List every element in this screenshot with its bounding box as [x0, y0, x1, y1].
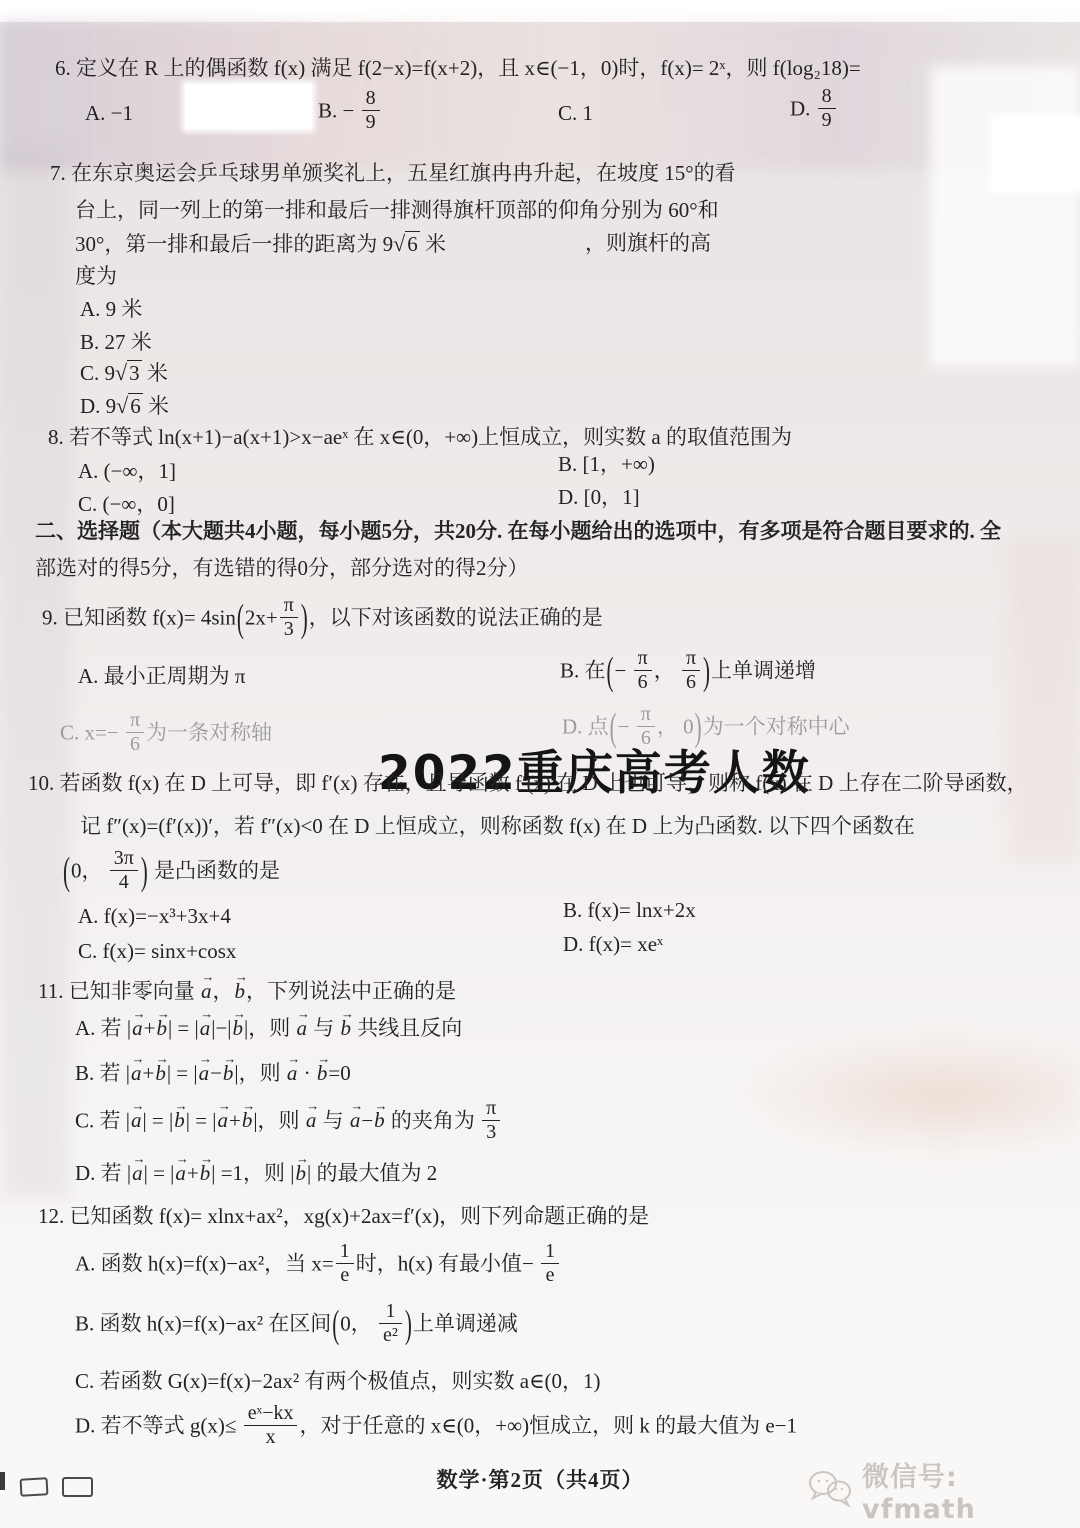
q11-option-a: A. 若 |a+b| = |a|−|b|，则 a 与 b 共线且反向: [75, 1015, 462, 1041]
fraction-denominator: 9: [818, 109, 836, 131]
text-run: 2x+: [245, 605, 278, 629]
sqrt-expression: √6: [116, 394, 143, 418]
fraction-denominator: 6: [126, 733, 144, 755]
text-run: −: [361, 1108, 373, 1132]
big-paren: (: [606, 647, 615, 696]
text-run: 度为: [75, 264, 117, 288]
fraction-denominator: 6: [682, 671, 700, 693]
text-run: C. 1: [558, 101, 593, 125]
paper-stain: [0, 0, 1080, 22]
fraction-numerator: 1: [379, 1301, 402, 1324]
text-run: D.: [790, 96, 816, 120]
fraction: 89: [362, 88, 380, 133]
fraction-denominator: e: [336, 1264, 354, 1286]
q10-stem-line2: 记 f″(x)=(f′(x))′，若 f″(x)<0 在 D 上恒成立，则称函数…: [80, 813, 915, 839]
text-run: 12. 已知函数 f(x)= xlnx+ax²，xg(x)+2ax=f′(x)，…: [38, 1204, 649, 1228]
text-run: A. 最小正周期为 π: [78, 664, 246, 688]
vector: a: [132, 1160, 143, 1186]
fraction: 1e: [541, 1241, 559, 1286]
text-run: 8. 若不等式 ln(x+1)−a(x+1)>x−aeˣ 在 x∈(0，+∞)上…: [48, 425, 792, 449]
fraction-denominator: 4: [110, 871, 138, 893]
q12-option-c: C. 若函数 G(x)=f(x)−2ax² 有两个极值点，则实数 a∈(0，1): [75, 1368, 601, 1394]
text-run: B. 函数 h(x)=f(x)−ax² 在区间: [75, 1311, 331, 1335]
q11-option-c: C. 若 |a| = |b| = |a+b|，则 a 与 a−b 的夹角为 π3: [75, 1100, 502, 1145]
section-header-line1: 二、选择题（本大题共4小题，每小题5分，共20分. 在每小题给出的选项中，有多项…: [35, 518, 1001, 544]
text-run: 与: [317, 1108, 349, 1132]
vector: a: [200, 1015, 211, 1041]
q8-option-a: A. (−∞，1]: [78, 458, 176, 484]
text-run: B. f(x)= lnx+2x: [563, 898, 696, 922]
q8-option-c: C. (−∞，0]: [78, 491, 175, 517]
q10-option-d: D. f(x)= xeˣ: [563, 931, 663, 957]
text-run: 共线且反向: [352, 1016, 462, 1040]
q6-option-c: C. 1: [558, 100, 593, 126]
text-run: 10. 若函数 f(x) 在 D 上可导，即 f′(x) 存在，且导函数 f′(…: [28, 771, 1028, 795]
q7-stem-line1: 7. 在东京奥运会乒乓球男单颁奖礼上，五星红旗冉冉升起，在坡度 15°的看: [50, 160, 736, 186]
big-paren: ): [300, 594, 309, 643]
q11-option-d: D. 若 |a| = |a+b| =1，则 |b| 的最大值为 2: [75, 1160, 437, 1186]
whiteout-patch: [993, 118, 1080, 190]
q6-option-b: B. − 89: [318, 90, 382, 135]
fraction: 89: [818, 86, 836, 131]
fraction: eˣ−kxx: [244, 1403, 298, 1448]
text-run: C. 若函数 G(x)=f(x)−2ax² 有两个极值点，则实数 a∈(0，1): [75, 1369, 601, 1393]
fraction-denominator: x: [244, 1426, 298, 1448]
big-paren: (: [62, 847, 71, 896]
vector: a: [199, 1060, 210, 1086]
vector: b: [155, 1060, 166, 1086]
radical-sign: √: [116, 393, 128, 418]
big-paren: ): [140, 847, 149, 896]
text-run: 9. 已知函数 f(x)= 4sin: [42, 605, 236, 629]
text-run: −: [210, 1061, 222, 1085]
text-run: C. 9: [80, 361, 115, 385]
vector: b: [242, 1107, 253, 1133]
vector: a: [131, 1060, 142, 1086]
text-run: 记 f″(x)=(f′(x))′，若 f″(x)<0 在 D 上恒成立，则称函数…: [80, 814, 915, 838]
text-run: ，: [654, 658, 680, 682]
text-run: D. 9: [80, 394, 116, 418]
paper-stain: [0, 150, 70, 1200]
paper-stain: [740, 1030, 1080, 1160]
vector: a: [175, 1160, 186, 1186]
q6-option-a: A. −1: [85, 100, 133, 126]
vector: b: [174, 1107, 185, 1133]
text-run: C. f(x)= sinx+cosx: [78, 939, 236, 963]
text-run: =0: [328, 1061, 350, 1085]
text-run: | = |: [167, 1061, 198, 1085]
text-run: A. 9 米: [80, 297, 142, 321]
vector: b: [374, 1107, 385, 1133]
text-run: 7. 在东京奥运会乒乓球男单颁奖礼上，五星红旗冉冉升起，在坡度 15°的看: [50, 161, 736, 185]
text-run: 上单调递增: [711, 658, 816, 682]
fraction: 1e: [336, 1241, 354, 1286]
q12-option-d: D. 若不等式 g(x)≤ eˣ−kxx，对于任意的 x∈(0，+∞)恒成立，则…: [75, 1405, 797, 1450]
text-run: | = |: [142, 1108, 173, 1132]
q8-stem: 8. 若不等式 ln(x+1)−a(x+1)>x−aeˣ 在 x∈(0，+∞)上…: [48, 424, 792, 450]
paper-stain: [0, 20, 1080, 170]
vector: b: [317, 1060, 328, 1086]
vector: a: [350, 1107, 361, 1133]
text-run: |，则: [234, 1061, 285, 1085]
fraction: 1e²: [379, 1301, 402, 1346]
text-run: C. 若 |: [75, 1108, 130, 1132]
text-run: 30°，第一排和最后一排的距离为 9: [75, 232, 393, 256]
q10-option-b: B. f(x)= lnx+2x: [563, 897, 696, 923]
text-run: |−|: [211, 1016, 231, 1040]
text-run: C. (−∞，0]: [78, 492, 175, 516]
text-run: B. [1，+∞): [558, 452, 655, 476]
fraction-numerator: π: [634, 648, 652, 671]
text-run: |，则: [244, 1016, 295, 1040]
fraction-denominator: 6: [634, 671, 652, 693]
q9-option-c: C. x=− π6为一条对称轴: [60, 712, 272, 757]
text-run: 与: [308, 1016, 340, 1040]
q10-option-a: A. f(x)=−x³+3x+4: [78, 903, 231, 929]
text-run: 为一个对称中心: [703, 714, 850, 738]
section-header-line2: 部选对的得5分，有选错的得0分，部分选对的得2分）: [35, 555, 529, 581]
text-run: B. 在: [560, 658, 606, 682]
vector: a: [132, 1015, 143, 1041]
text-run: +: [144, 1016, 156, 1040]
fraction-denominator: 3: [280, 618, 298, 640]
text-run: 的夹角为: [386, 1108, 481, 1132]
text-run: 时，h(x) 有最小值−: [356, 1251, 539, 1275]
q8-option-b: B. [1，+∞): [558, 451, 655, 477]
text-run: D. f(x)= xeˣ: [563, 932, 663, 956]
big-paren: ): [404, 1300, 413, 1349]
text-run: ，对于任意的 x∈(0，+∞)恒成立，则 k 的最大值为 e−1: [299, 1413, 797, 1437]
text-run: ·: [298, 1061, 316, 1085]
q9-option-b: B. 在(− π6， π6)上单调递增: [560, 650, 816, 695]
q7-stem-line3b: ，则旗杆的高: [585, 230, 711, 256]
vector: a: [287, 1060, 298, 1086]
vector: b: [156, 1015, 167, 1041]
fraction-denominator: 9: [362, 111, 380, 133]
big-paren: (: [236, 594, 245, 643]
text-run: A. (−∞，1]: [78, 459, 176, 483]
exam-page-scan: 6. 定义在 R 上的偶函数 f(x) 满足 f(2−x)=f(x+2)，且 x…: [0, 0, 1080, 1528]
fraction-numerator: π: [682, 648, 700, 671]
fraction-numerator: π: [280, 595, 298, 618]
q12-option-b: B. 函数 h(x)=f(x)−ax² 在区间(0， 1e²)上单调递减: [75, 1303, 518, 1348]
q11-option-b: B. 若 |a+b| = |a−b|，则 a · b=0: [75, 1060, 351, 1086]
vector: b: [200, 1160, 211, 1186]
text-run: −: [618, 714, 635, 738]
text-run: D. 点: [562, 714, 609, 738]
text-run: +: [187, 1161, 199, 1185]
paper-stain: [1010, 540, 1080, 860]
text-run: 11. 已知非零向量: [38, 979, 200, 1003]
big-paren: ): [702, 647, 711, 696]
q6-stem: 6. 定义在 R 上的偶函数 f(x) 满足 f(2−x)=f(x+2)，且 x…: [55, 55, 861, 81]
text-run: 米: [143, 394, 169, 418]
text-run: | =1，则 |: [211, 1161, 294, 1185]
text-run: | 的最大值为 2: [307, 1161, 437, 1185]
text-run: B. 27 米: [80, 330, 152, 354]
fraction: 3π4: [110, 848, 138, 893]
text-run: ， 0: [657, 714, 694, 738]
text-run: 米: [420, 232, 446, 256]
text-run: −: [615, 658, 632, 682]
fraction-numerator: 1: [541, 1241, 559, 1264]
vector: a: [306, 1107, 317, 1133]
q7-option-d: D. 9√6 米: [80, 392, 169, 420]
text-run: ，以下对该函数的说法正确的是: [309, 605, 603, 629]
checkbox-mark: [20, 1477, 49, 1496]
q10-option-c: C. f(x)= sinx+cosx: [78, 938, 236, 964]
fraction-numerator: π: [482, 1098, 500, 1121]
text-run: A. 若 |: [75, 1016, 131, 1040]
q7-option-b: B. 27 米: [80, 329, 152, 355]
text-run: 为一条对称轴: [146, 720, 272, 744]
q7-option-c: C. 9√3 米: [80, 359, 168, 387]
vector: a: [201, 978, 212, 1004]
fraction-numerator: π: [637, 704, 655, 727]
vector: b: [223, 1060, 234, 1086]
text-run: 6. 定义在 R 上的偶函数 f(x) 满足 f(2−x)=f(x+2)，且 x…: [55, 56, 861, 80]
radicand: 6: [405, 231, 420, 256]
radical-sign: √: [393, 231, 405, 256]
fraction-denominator: e²: [379, 1324, 402, 1346]
q10-stem-line1: 10. 若函数 f(x) 在 D 上可导，即 f′(x) 存在，且导函数 f′(…: [28, 770, 1028, 796]
q12-stem: 12. 已知函数 f(x)= xlnx+ax²，xg(x)+2ax=f′(x)，…: [38, 1203, 649, 1229]
vector: a: [296, 1015, 307, 1041]
sqrt-expression: √6: [393, 232, 420, 256]
fraction: π3: [482, 1098, 500, 1143]
whiteout-patch: [185, 84, 312, 129]
q7-stem-line4: 度为: [75, 263, 117, 289]
text-run: | = |: [168, 1016, 199, 1040]
text-run: ，: [212, 979, 233, 1003]
text-run: D. 若 |: [75, 1161, 131, 1185]
vector: b: [234, 978, 245, 1004]
text-run: A. 函数 h(x)=f(x)−ax²，当 x=: [75, 1251, 334, 1275]
fraction: π6: [126, 710, 144, 755]
fraction-numerator: eˣ−kx: [244, 1403, 298, 1426]
big-paren: (: [331, 1300, 340, 1349]
text-run: 台上，同一列上的第一排和最后一排测得旗杆顶部的仰角分别为 60°和: [75, 198, 719, 222]
text-run: B. −: [318, 98, 360, 122]
fraction: π6: [634, 648, 652, 693]
text-run: 上单调递减: [413, 1311, 518, 1335]
fraction-numerator: π: [126, 710, 144, 733]
text-run: A. f(x)=−x³+3x+4: [78, 904, 231, 928]
q12-option-a: A. 函数 h(x)=f(x)−ax²，当 x=1e时，h(x) 有最小值− 1…: [75, 1243, 561, 1288]
fraction-numerator: 1: [336, 1241, 354, 1264]
fraction-numerator: 8: [818, 86, 836, 109]
scan-edge-mark: [0, 1472, 5, 1490]
text-run: A. −1: [85, 101, 133, 125]
vector: b: [233, 1015, 244, 1041]
wechat-id-label: 微信号: vfmath: [862, 1455, 1080, 1525]
text-run: |，则: [253, 1108, 304, 1132]
vector: a: [131, 1107, 142, 1133]
wechat-icon: [808, 1468, 854, 1513]
fraction-numerator: 8: [362, 88, 380, 111]
text-run: ，则旗杆的高: [585, 231, 711, 255]
q9-option-a: A. 最小正周期为 π: [78, 663, 246, 689]
q7-option-a: A. 9 米: [80, 296, 142, 322]
fraction: π6: [682, 648, 700, 693]
wechat-footer: 微信号: vfmath: [808, 1455, 1080, 1525]
q7-stem-line3a: 30°，第一排和最后一排的距离为 9√6 米: [75, 230, 446, 258]
paper-stain: [930, 66, 1080, 366]
text-run: +: [229, 1108, 241, 1132]
vector: b: [296, 1160, 307, 1186]
vector: a: [218, 1107, 229, 1133]
text-run: D. [0，1]: [558, 485, 640, 509]
text-run: 是凸函数的是: [149, 858, 280, 882]
q6-option-d: D. 89: [790, 88, 838, 133]
sqrt-expression: √3: [115, 361, 142, 385]
fraction-denominator: 3: [482, 1121, 500, 1143]
text-run: 米: [142, 361, 168, 385]
text-run: 0，: [71, 858, 108, 882]
text-run: | = |: [186, 1108, 217, 1132]
text-run: D. 若不等式 g(x)≤: [75, 1413, 242, 1437]
text-run: B. 若 |: [75, 1061, 130, 1085]
fraction-denominator: e: [541, 1264, 559, 1286]
radical-sign: √: [115, 360, 127, 385]
q10-stem-line3: (0， 3π4) 是凸函数的是: [62, 850, 280, 895]
text-run: ，下列说法中正确的是: [246, 979, 456, 1003]
text-run: +: [142, 1061, 154, 1085]
text-run: C. x=−: [60, 720, 124, 744]
fraction-numerator: 3π: [110, 848, 138, 871]
q9-stem: 9. 已知函数 f(x)= 4sin(2x+π3)，以下对该函数的说法正确的是: [42, 597, 603, 642]
fraction: π3: [280, 595, 298, 640]
text-run: | = |: [144, 1161, 175, 1185]
q8-option-d: D. [0，1]: [558, 484, 640, 510]
vector: b: [340, 1015, 351, 1041]
q11-stem: 11. 已知非零向量 a，b，下列说法中正确的是: [38, 978, 456, 1004]
page-number-label: 数学·第2页（共4页）: [436, 1464, 643, 1494]
radicand: 3: [127, 360, 142, 385]
radicand: 6: [128, 393, 143, 418]
checkbox-mark: [62, 1477, 93, 1497]
q7-stem-line2: 台上，同一列上的第一排和最后一排测得旗杆顶部的仰角分别为 60°和: [75, 197, 719, 223]
text-run: 0，: [340, 1311, 377, 1335]
